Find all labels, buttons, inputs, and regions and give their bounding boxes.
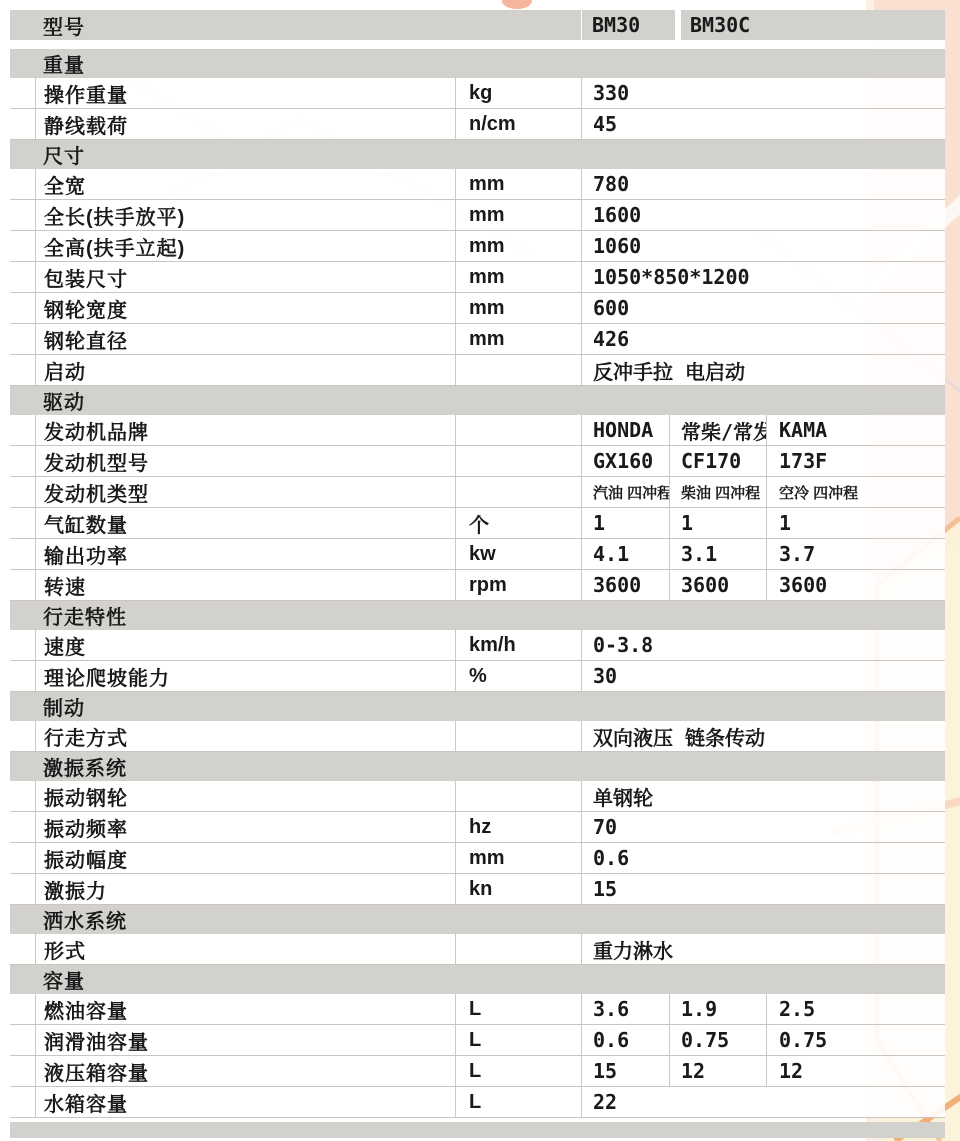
spec-row: 燃油容量L3.61.92.5	[10, 994, 945, 1025]
spec-label: 行走方式	[35, 721, 455, 751]
spec-value-bm30c: 1.9	[669, 994, 766, 1024]
row-gutter	[10, 1087, 35, 1117]
spec-value: 600	[581, 293, 945, 323]
spec-row: 激振力kn15	[10, 874, 945, 905]
row-gutter	[10, 1056, 35, 1086]
row-gutter	[10, 293, 35, 323]
row-gutter	[10, 570, 35, 600]
spec-label: 钢轮直径	[35, 324, 455, 354]
spec-unit: km/h	[455, 630, 581, 660]
row-gutter	[10, 934, 35, 964]
spec-value-bm30c: 3600	[669, 570, 766, 600]
spec-value-bm30: 15	[581, 1056, 669, 1086]
spec-value-col3: 3600	[766, 570, 945, 600]
row-gutter	[10, 874, 35, 904]
row-gutter	[10, 721, 35, 751]
spec-unit	[455, 446, 581, 476]
spec-label: 发动机类型	[35, 477, 455, 507]
spec-value-bm30: 3.6	[581, 994, 669, 1024]
spec-unit: rpm	[455, 570, 581, 600]
spec-unit: mm	[455, 324, 581, 354]
spec-unit: hz	[455, 812, 581, 842]
spec-value: 1600	[581, 200, 945, 230]
spec-label: 水箱容量	[35, 1087, 455, 1117]
row-gutter	[10, 355, 35, 385]
spec-unit	[455, 477, 581, 507]
section-header-row: 洒水系统	[10, 905, 945, 934]
spec-value-bm30: 4.1	[581, 539, 669, 569]
spec-unit: mm	[455, 843, 581, 873]
model-name-bm30: BM30	[581, 10, 675, 40]
spec-value: 22	[581, 1087, 945, 1117]
spec-value-bm30c: 3.1	[669, 539, 766, 569]
spec-row: 启动反冲手拉 电启动	[10, 355, 945, 386]
spec-label: 速度	[35, 630, 455, 660]
bottom-bar	[10, 1122, 945, 1138]
row-gutter	[10, 508, 35, 538]
spec-row: 形式重力淋水	[10, 934, 945, 965]
spec-label: 启动	[35, 355, 455, 385]
spec-row: 钢轮宽度mm600	[10, 293, 945, 324]
section-header-row: 行走特性	[10, 601, 945, 630]
spec-row: 转速rpm360036003600	[10, 570, 945, 601]
section-title: 驱动	[10, 386, 85, 415]
spec-label: 形式	[35, 934, 455, 964]
header-gap	[10, 40, 945, 49]
spec-value: 0.6	[581, 843, 945, 873]
spec-label: 包装尺寸	[35, 262, 455, 292]
spec-label: 振动幅度	[35, 843, 455, 873]
row-gutter	[10, 539, 35, 569]
spec-value-bm30c: 常柴/常发	[669, 415, 766, 445]
section-title: 洒水系统	[10, 905, 127, 934]
spec-row: 振动幅度mm0.6	[10, 843, 945, 874]
spec-value: 780	[581, 169, 945, 199]
spec-unit: L	[455, 1056, 581, 1086]
spec-row: 发动机类型汽油 四冲程柴油 四冲程空冷 四冲程	[10, 477, 945, 508]
spec-unit: mm	[455, 231, 581, 261]
row-gutter	[10, 446, 35, 476]
spec-label: 全宽	[35, 169, 455, 199]
section-header-row: 制动	[10, 692, 945, 721]
spec-label: 燃油容量	[35, 994, 455, 1024]
spec-label: 静线载荷	[35, 109, 455, 139]
spec-unit: L	[455, 1025, 581, 1055]
spec-value-bm30: GX160	[581, 446, 669, 476]
spec-value-bm30c: 柴油 四冲程	[669, 477, 766, 507]
spec-value-bm30: 1	[581, 508, 669, 538]
row-gutter	[10, 200, 35, 230]
spec-value: 30	[581, 661, 945, 691]
model-header-row: 型号 BM30 BM30C	[10, 10, 945, 40]
section-header-row: 容量	[10, 965, 945, 994]
spec-value: 70	[581, 812, 945, 842]
spec-row: 行走方式双向液压 链条传动	[10, 721, 945, 752]
model-name-bm30c: BM30C	[681, 10, 945, 40]
spec-value-col3: 2.5	[766, 994, 945, 1024]
spec-label: 发动机品牌	[35, 415, 455, 445]
spec-value: 反冲手拉 电启动	[581, 355, 945, 385]
spec-label: 全长(扶手放平)	[35, 200, 455, 230]
spec-value: 单钢轮	[581, 781, 945, 811]
spec-label: 振动钢轮	[35, 781, 455, 811]
row-gutter	[10, 1025, 35, 1055]
spec-label: 转速	[35, 570, 455, 600]
row-gutter	[10, 781, 35, 811]
spec-unit: mm	[455, 200, 581, 230]
row-gutter	[10, 78, 35, 108]
spec-value-bm30c: 1	[669, 508, 766, 538]
spec-value: 双向液压 链条传动	[581, 721, 945, 751]
spec-unit: kw	[455, 539, 581, 569]
row-gutter	[10, 169, 35, 199]
spec-value: 重力淋水	[581, 934, 945, 964]
section-title: 制动	[10, 692, 85, 721]
spec-label: 操作重量	[35, 78, 455, 108]
spec-row: 液压箱容量L151212	[10, 1056, 945, 1087]
row-gutter	[10, 843, 35, 873]
spec-value: 330	[581, 78, 945, 108]
spec-label: 液压箱容量	[35, 1056, 455, 1086]
spec-value-col3: 173F	[766, 446, 945, 476]
row-gutter	[10, 812, 35, 842]
spec-unit: kn	[455, 874, 581, 904]
spec-value-col3: 1	[766, 508, 945, 538]
spec-row: 输出功率kw4.13.13.7	[10, 539, 945, 570]
spec-row: 理论爬坡能力%30	[10, 661, 945, 692]
spec-unit: L	[455, 1087, 581, 1117]
spec-row: 振动频率hz70	[10, 812, 945, 843]
spec-value-bm30c: 12	[669, 1056, 766, 1086]
spec-label: 气缸数量	[35, 508, 455, 538]
spec-unit: kg	[455, 78, 581, 108]
row-gutter	[10, 661, 35, 691]
spec-label: 发动机型号	[35, 446, 455, 476]
spec-value-bm30c: 0.75	[669, 1025, 766, 1055]
spec-label: 输出功率	[35, 539, 455, 569]
spec-label: 理论爬坡能力	[35, 661, 455, 691]
spec-value: 0-3.8	[581, 630, 945, 660]
row-gutter	[10, 324, 35, 354]
spec-unit: mm	[455, 262, 581, 292]
spec-row: 全长(扶手放平)mm1600	[10, 200, 945, 231]
spec-value-bm30c: CF170	[669, 446, 766, 476]
spec-unit	[455, 934, 581, 964]
spec-label: 钢轮宽度	[35, 293, 455, 323]
spec-unit	[455, 721, 581, 751]
spec-unit: 个	[455, 508, 581, 538]
spec-unit: mm	[455, 169, 581, 199]
spec-value: 15	[581, 874, 945, 904]
section-header-row: 重量	[10, 49, 945, 78]
spec-value-col3: 0.75	[766, 1025, 945, 1055]
spec-row: 发动机型号GX160CF170173F	[10, 446, 945, 477]
row-gutter	[10, 477, 35, 507]
spec-unit: n/cm	[455, 109, 581, 139]
spec-unit	[455, 355, 581, 385]
row-gutter	[10, 109, 35, 139]
spec-row: 操作重量kg330	[10, 78, 945, 109]
spec-value: 1050*850*1200	[581, 262, 945, 292]
section-title: 激振系统	[10, 752, 127, 781]
spec-value: 1060	[581, 231, 945, 261]
spec-row: 静线载荷n/cm45	[10, 109, 945, 140]
model-header-label: 型号	[10, 10, 581, 40]
spec-value-bm30: 汽油 四冲程	[581, 477, 669, 507]
spec-unit: %	[455, 661, 581, 691]
row-gutter	[10, 231, 35, 261]
spec-row: 速度km/h0-3.8	[10, 630, 945, 661]
spec-value: 426	[581, 324, 945, 354]
section-title: 重量	[10, 49, 85, 78]
spec-unit	[455, 415, 581, 445]
spec-label: 激振力	[35, 874, 455, 904]
spec-label: 全高(扶手立起)	[35, 231, 455, 261]
spec-row: 气缸数量个111	[10, 508, 945, 539]
row-gutter	[10, 262, 35, 292]
spec-row: 全高(扶手立起)mm1060	[10, 231, 945, 262]
row-gutter	[10, 994, 35, 1024]
spec-row: 振动钢轮单钢轮	[10, 781, 945, 812]
spec-label: 润滑油容量	[35, 1025, 455, 1055]
spec-value-col3: 空冷 四冲程	[766, 477, 945, 507]
spec-row: 全宽mm780	[10, 169, 945, 200]
spec-unit	[455, 781, 581, 811]
spec-value-col3: 12	[766, 1056, 945, 1086]
spec-value-bm30: 3600	[581, 570, 669, 600]
spec-row: 润滑油容量L0.60.750.75	[10, 1025, 945, 1056]
section-header-row: 驱动	[10, 386, 945, 415]
spec-value-bm30: HONDA	[581, 415, 669, 445]
spec-row: 包装尺寸mm1050*850*1200	[10, 262, 945, 293]
spec-row: 钢轮直径mm426	[10, 324, 945, 355]
section-title: 尺寸	[10, 140, 85, 169]
spec-value-col3: KAMA	[766, 415, 945, 445]
spec-value: 45	[581, 109, 945, 139]
spec-unit: L	[455, 994, 581, 1024]
spec-row: 发动机品牌HONDA常柴/常发KAMA	[10, 415, 945, 446]
spec-value-bm30: 0.6	[581, 1025, 669, 1055]
section-title: 行走特性	[10, 601, 127, 630]
row-gutter	[10, 630, 35, 660]
section-title: 容量	[10, 965, 85, 994]
spec-unit: mm	[455, 293, 581, 323]
row-gutter	[10, 415, 35, 445]
spec-value-col3: 3.7	[766, 539, 945, 569]
spec-table: 型号 BM30 BM30C 重量 操作重量kg330 静线载荷n/cm45 尺寸…	[10, 10, 945, 1138]
spec-label: 振动频率	[35, 812, 455, 842]
section-header-row: 尺寸	[10, 140, 945, 169]
spec-row: 水箱容量L22	[10, 1087, 945, 1118]
section-header-row: 激振系统	[10, 752, 945, 781]
